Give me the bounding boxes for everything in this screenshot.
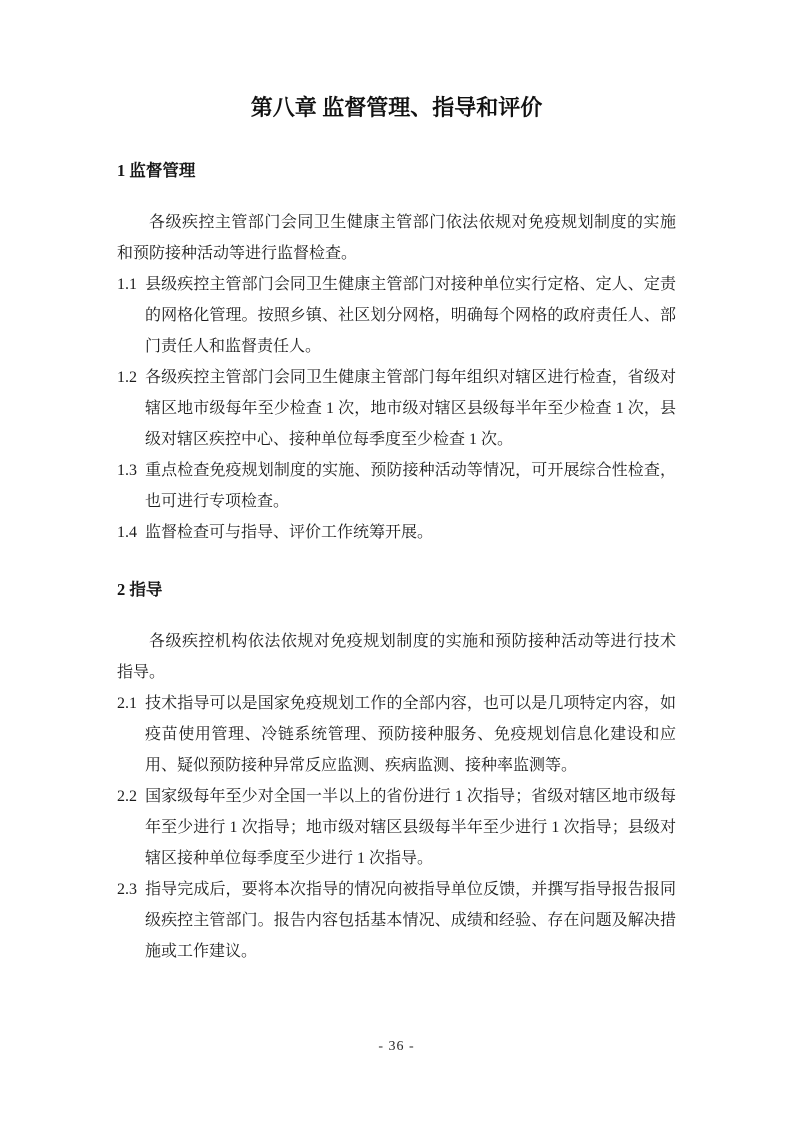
- section-1-heading: 1 监督管理: [117, 155, 676, 186]
- numbered-item-1-2: 1.2各级疾控主管部门会同卫生健康主管部门每年组织对辖区进行检查，省级对辖区地市…: [117, 362, 676, 455]
- section-supervision: 1 监督管理 各级疾控主管部门会同卫生健康主管部门依法依规对免疫规划制度的实施和…: [117, 155, 676, 548]
- item-text: 技术指导可以是国家免疫规划工作的全部内容，也可以是几项特定内容，如疫苗使用管理、…: [145, 695, 676, 774]
- item-number: 2.1: [117, 688, 145, 719]
- item-text: 县级疾控主管部门会同卫生健康主管部门对接种单位实行定格、定人、定责的网格化管理。…: [145, 276, 676, 355]
- numbered-item-2-1: 2.1技术指导可以是国家免疫规划工作的全部内容，也可以是几项特定内容，如疫苗使用…: [117, 688, 676, 781]
- item-number: 1.4: [117, 517, 145, 548]
- chapter-title: 第八章 监督管理、指导和评价: [117, 92, 676, 124]
- item-text: 各级疾控主管部门会同卫生健康主管部门每年组织对辖区进行检查，省级对辖区地市级每年…: [145, 369, 676, 448]
- item-text: 指导完成后，要将本次指导的情况向被指导单位反馈，并撰写指导报告报同级疾控主管部门…: [145, 881, 676, 960]
- item-number: 1.3: [117, 455, 145, 486]
- item-text: 重点检查免疫规划制度的实施、预防接种活动等情况，可开展综合性检查，也可进行专项检…: [145, 462, 676, 510]
- numbered-item-1-4: 1.4监督检查可与指导、评价工作统筹开展。: [117, 517, 676, 548]
- item-number: 1.2: [117, 362, 145, 393]
- item-text: 监督检查可与指导、评价工作统筹开展。: [145, 524, 433, 541]
- section-guidance: 2 指导 各级疾控机构依法依规对免疫规划制度的实施和预防接种活动等进行技术指导。…: [117, 574, 676, 967]
- item-text: 国家级每年至少对全国一半以上的省份进行 1 次指导；省级对辖区地市级每年至少进行…: [145, 788, 676, 867]
- document-page: 第八章 监督管理、指导和评价 1 监督管理 各级疾控主管部门会同卫生健康主管部门…: [0, 0, 793, 1122]
- numbered-item-2-3: 2.3指导完成后，要将本次指导的情况向被指导单位反馈，并撰写指导报告报同级疾控主…: [117, 874, 676, 967]
- section-2-heading: 2 指导: [117, 574, 676, 605]
- item-number: 2.3: [117, 874, 145, 905]
- item-number: 2.2: [117, 781, 145, 812]
- numbered-item-1-1: 1.1县级疾控主管部门会同卫生健康主管部门对接种单位实行定格、定人、定责的网格化…: [117, 269, 676, 362]
- section-2-intro-paragraph: 各级疾控机构依法依规对免疫规划制度的实施和预防接种活动等进行技术指导。: [117, 626, 676, 688]
- numbered-item-2-2: 2.2国家级每年至少对全国一半以上的省份进行 1 次指导；省级对辖区地市级每年至…: [117, 781, 676, 874]
- item-number: 1.1: [117, 269, 145, 300]
- section-1-intro-paragraph: 各级疾控主管部门会同卫生健康主管部门依法依规对免疫规划制度的实施和预防接种活动等…: [117, 207, 676, 269]
- numbered-item-1-3: 1.3重点检查免疫规划制度的实施、预防接种活动等情况，可开展综合性检查，也可进行…: [117, 455, 676, 517]
- page-number: - 36 -: [0, 1037, 793, 1057]
